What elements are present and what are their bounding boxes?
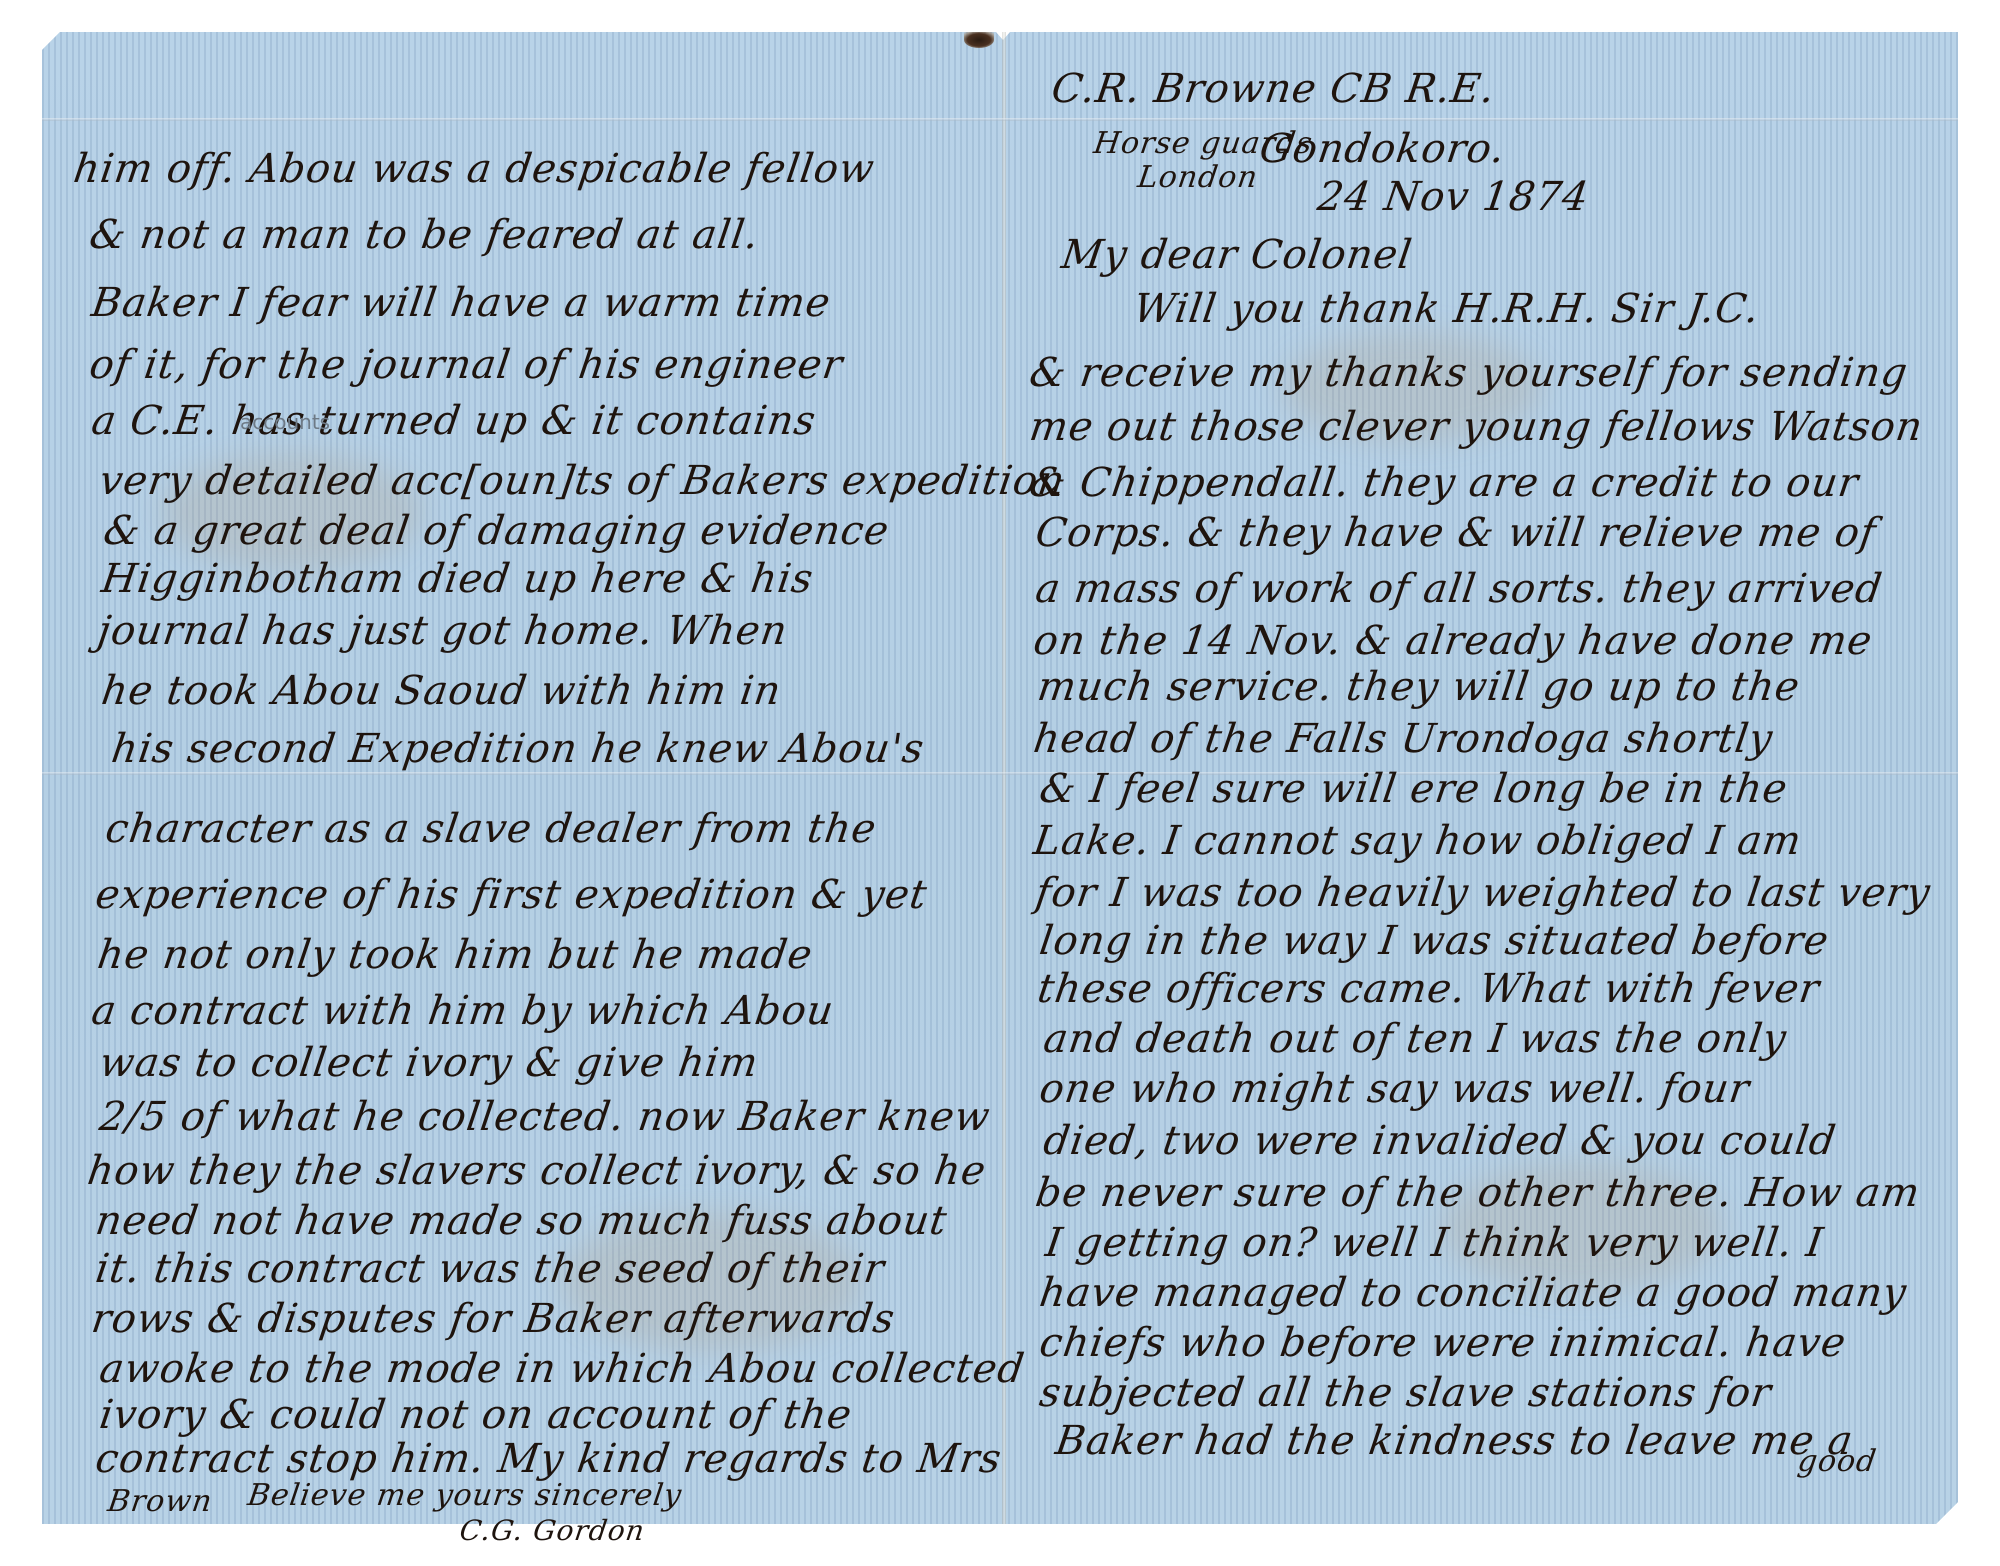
letter-line: much service. they will go up to the [1035,664,1803,710]
letter-line: & Chippendall. they are a credit to our [1027,460,1862,506]
letter-line: experience of his first expedition & yet [93,872,931,918]
center-fold [1002,32,1006,1524]
letter-line: he took Abou Saoud with him in [99,668,785,714]
letter-line: Baker I fear will have a warm time [89,280,834,326]
letter-line: Lake. I cannot say how obliged I am [1031,818,1805,864]
letter-line: his second Expedition he knew Abou's [109,726,928,772]
letter-line: it. this contract was the seed of their [93,1246,888,1292]
letter-line: me out those clever young fellows Watson [1027,404,1926,450]
letter-line: of it, for the journal of his engineer [87,342,846,388]
letter-line: & I feel sure will ere long be in the [1037,766,1791,812]
letter-line: have managed to conciliate a good many [1037,1270,1910,1316]
letter-line: ivory & could not on account of the [97,1392,855,1438]
letter-line: him off. Abou was a despicable fellow [71,146,878,192]
letter-date: 24 Nov 1874 [1315,174,1592,220]
letter-line: Brown [106,1484,215,1519]
letter-line: chiefs who before were inimical. have [1037,1320,1849,1366]
letter-line: character as a slave dealer from the [103,806,880,852]
letter-line: for I was too heavily weighted to last v… [1033,870,1934,916]
catchword: good [1796,1444,1879,1479]
salutation: My dear Colonel [1059,232,1415,278]
letter-line: 2/5 of what he collected. now Baker knew [97,1094,994,1140]
address-recipient: C.R. Browne CB R.E. [1049,66,1498,112]
letter-line: long in the way I was situated before [1037,918,1832,964]
letter-line: I getting on? well I think very well. I [1043,1220,1827,1266]
paper-hole [964,32,994,48]
letter-line: was to collect ivory & give him [97,1040,762,1086]
letter-line: rows & disputes for Baker afterwards [89,1296,898,1342]
signature: C.G. Gordon [458,1514,648,1547]
letter-line: & receive my thanks yourself for sending [1027,350,1911,396]
letter-line: awoke to the mode in which Abou collecte… [97,1346,1028,1392]
letter-line: contract stop him. My kind regards to Mr… [93,1436,1005,1482]
letter-line: on the 14 Nov. & already have done me [1031,618,1876,664]
letter-line: he not only took him but he made [95,932,816,978]
letter-line: & not a man to be feared at all. [87,212,762,258]
letter-line: need not have made so much fuss about [93,1198,950,1244]
horizontal-fold [42,118,1958,121]
sender-location: Gondokoro. [1257,126,1508,172]
letter-line: one who might say was well. four [1037,1066,1753,1112]
address-city: London [1136,160,1261,195]
letter-line: & a great deal of damaging evidence [101,508,893,554]
letter-line: journal has just got home. When [95,608,791,654]
letter-line: how they the slavers collect ivory, & so… [85,1148,989,1194]
letter-line: a mass of work of all sorts. they arrive… [1033,566,1886,612]
letter-line: died, two were invalided & you could [1041,1118,1839,1164]
letter-line: Will you thank H.R.H. Sir J.C. [1131,286,1763,332]
pencil-annotation: accounts [240,410,330,434]
letter-line: a contract with him by which Abou [89,988,837,1034]
letter-line: head of the Falls Urondoga shortly [1031,716,1776,762]
letter-line: very detailed acc[oun]ts of Bakers exped… [97,458,1068,504]
letter-line: Baker had the kindness to leave me a [1053,1418,1857,1464]
letter-line: subjected all the slave stations for [1037,1370,1775,1416]
letter-line: these officers came. What with fever [1035,966,1823,1012]
letter-line: Higginbotham died up here & his [99,556,817,602]
closing-line: Believe me yours sincerely [246,1478,685,1513]
letter-line: a C.E. has turned up & it contains [89,398,819,444]
letter-line: and death out of ten I was the only [1041,1016,1790,1062]
letter-line: be never sure of the other three. How am [1033,1170,1923,1216]
letter-line: Corps. & they have & will relieve me of [1033,510,1879,556]
